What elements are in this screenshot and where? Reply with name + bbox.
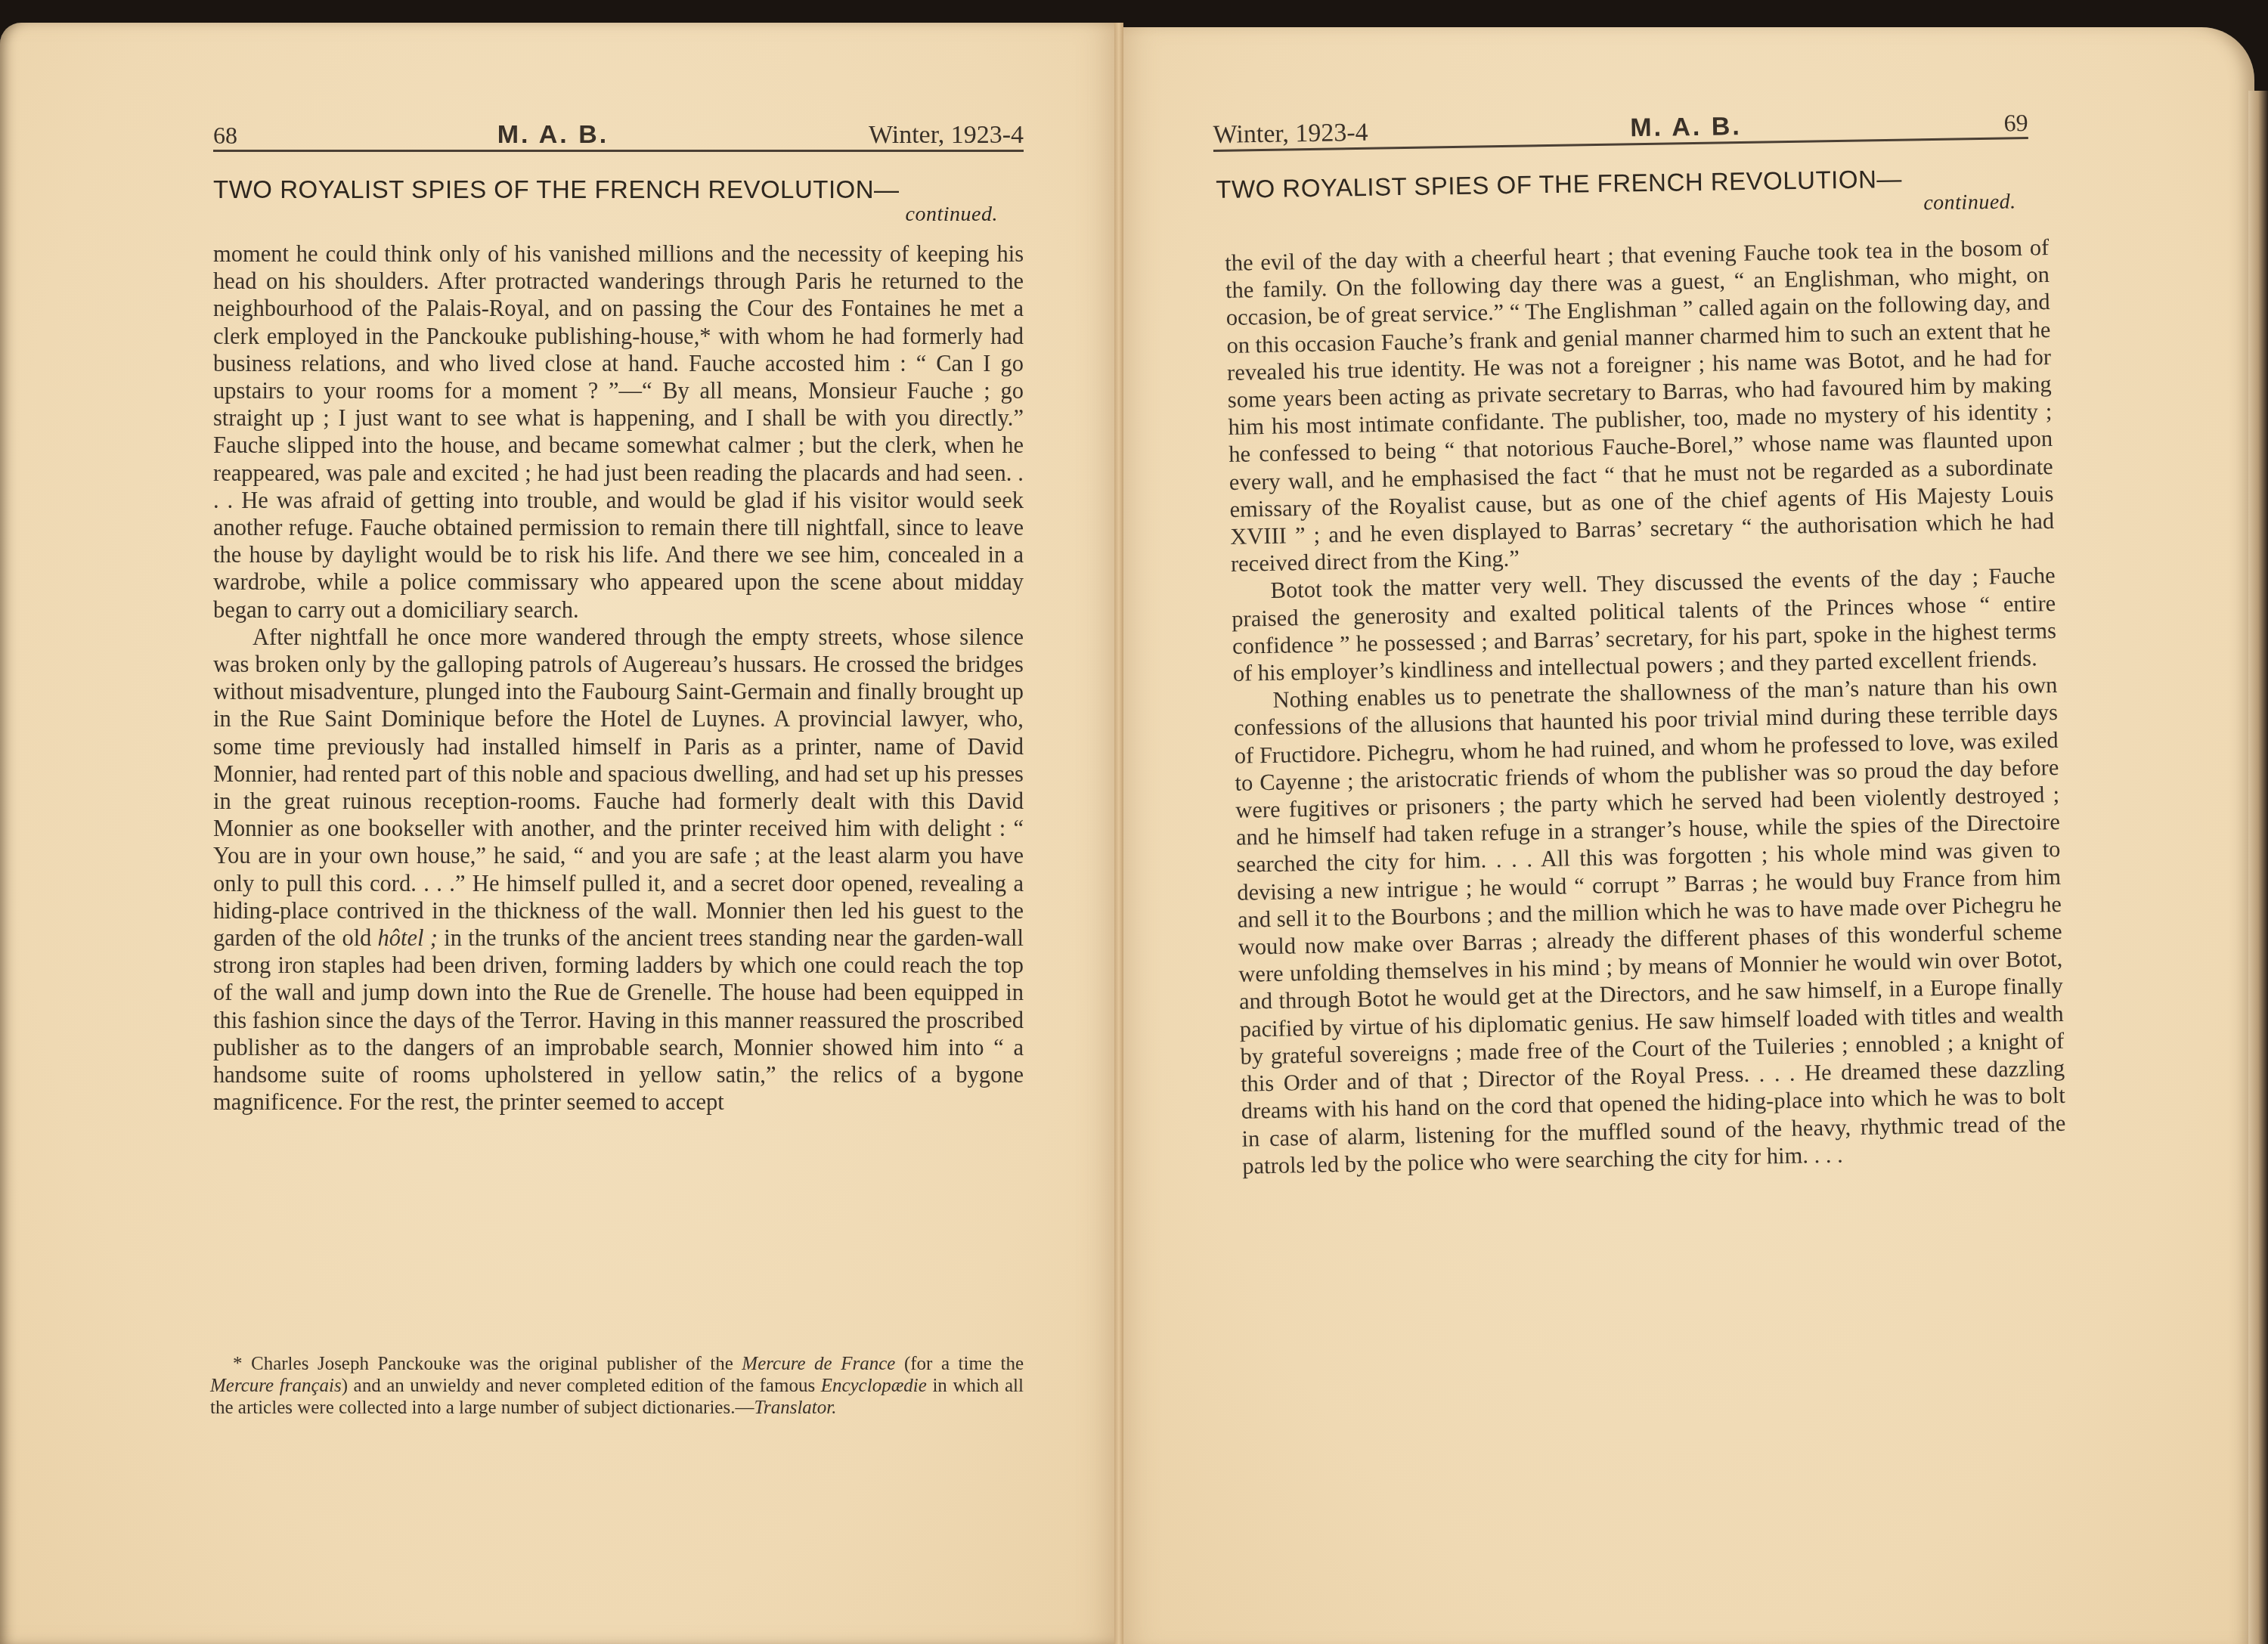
- left-journal-title: M. A. B.: [497, 120, 609, 150]
- left-running-head: 68 M. A. B. Winter, 1923-4: [213, 104, 1024, 152]
- left-paragraph-1: moment he could think only of his vanish…: [213, 240, 1024, 624]
- right-paragraph-1: the evil of the day with a cheerful hear…: [1225, 234, 2055, 577]
- left-issue-date: Winter, 1923-4: [869, 121, 1024, 150]
- right-page-number: 69: [2003, 109, 2028, 137]
- footnote-italic: Encyclopædie: [821, 1376, 927, 1396]
- footnote-italic: Translator.: [754, 1398, 836, 1418]
- left-continued-label: continued.: [213, 203, 1015, 227]
- book-gutter: [1114, 23, 1123, 1644]
- right-body-text: the evil of the day with a cheerful hear…: [1225, 234, 2066, 1180]
- left-paragraph-2: After nightfall he once more wandered th…: [213, 624, 1024, 1116]
- left-paragraph-2-cont: in the trunks of the ancient trees stand…: [213, 925, 1024, 1115]
- right-journal-title: M. A. B.: [1630, 112, 1742, 143]
- left-paragraph-2-text: After nightfall he once more wandered th…: [213, 624, 1024, 951]
- page-edge-stack: [2248, 91, 2268, 1644]
- right-paragraph-3: Nothing enables us to penetrate the shal…: [1233, 671, 2066, 1179]
- footnote-text: (for a time the: [895, 1354, 1024, 1374]
- left-title-text: TWO ROYALIST SPIES OF THE FRENCH REVOLUT…: [213, 175, 1015, 204]
- left-body-text: moment he could think only of his vanish…: [213, 240, 1024, 1116]
- footnote-italic: Mercure français: [210, 1376, 342, 1396]
- right-paragraph-2: Botot took the matter very well. They di…: [1231, 562, 2057, 687]
- right-issue-date: Winter, 1923-4: [1213, 119, 1368, 150]
- italic-hotel: hôtel ;: [378, 925, 438, 951]
- footnote-marker: *: [233, 1354, 243, 1374]
- footnote: * Charles Joseph Panckouke was the origi…: [210, 1353, 1024, 1419]
- footnote-text: ) and an unwieldy and never completed ed…: [342, 1376, 821, 1396]
- footnote-italic: Mercure de France: [742, 1354, 895, 1374]
- left-page-number: 68: [213, 122, 237, 150]
- footnote-text: Charles Joseph Panckouke was the origina…: [251, 1354, 742, 1374]
- left-article-title: TWO ROYALIST SPIES OF THE FRENCH REVOLUT…: [213, 175, 1015, 227]
